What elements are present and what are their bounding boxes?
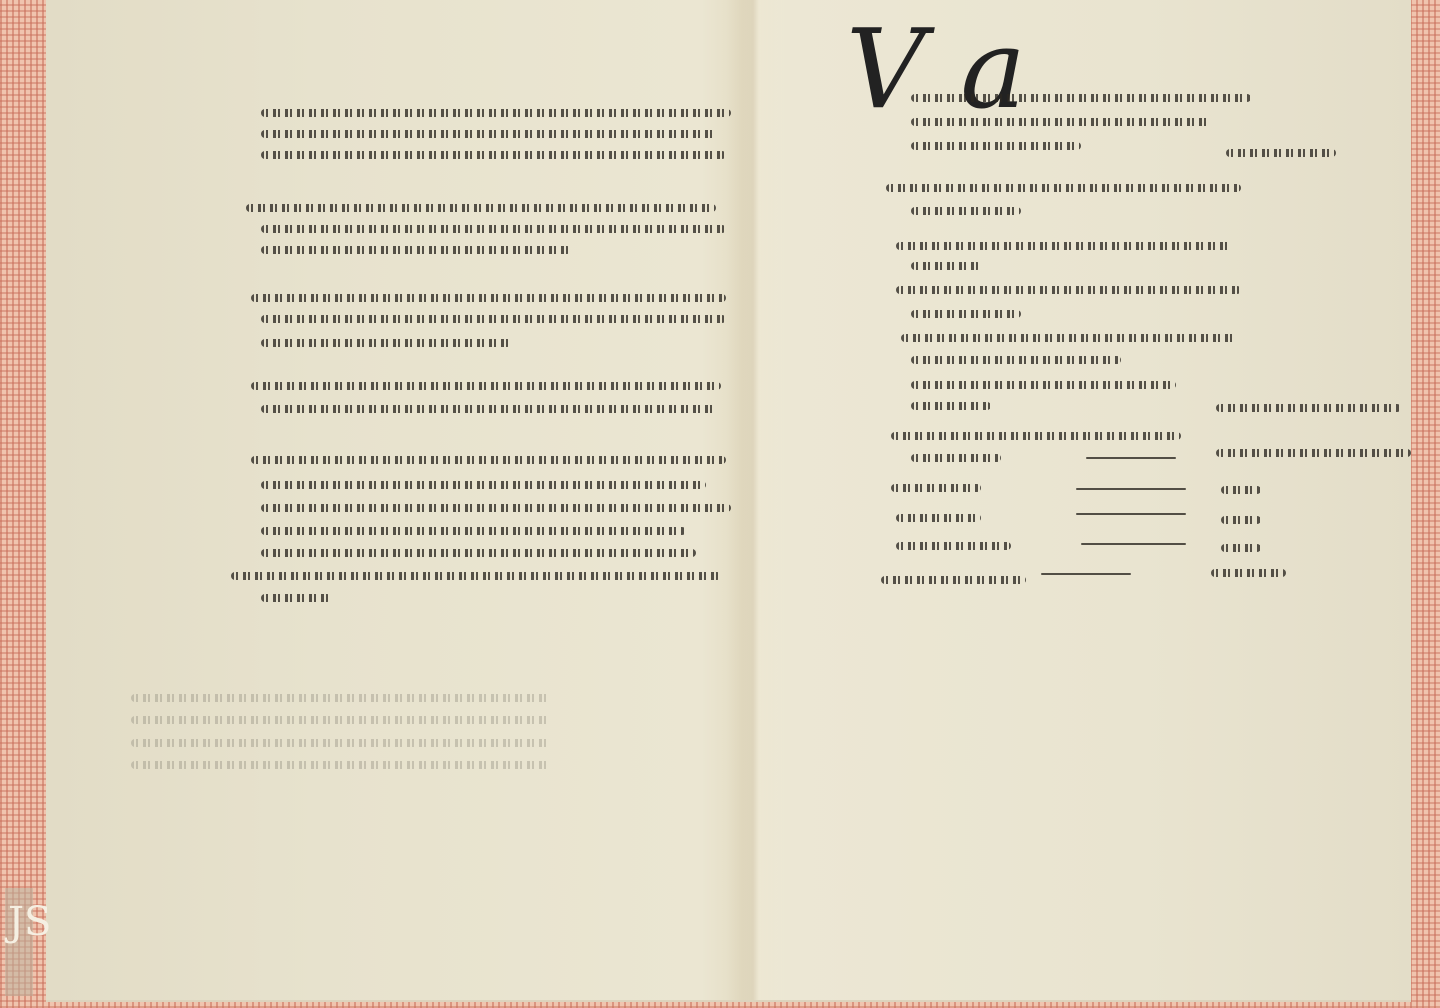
bleed-through-line: (bleed-through text) <box>131 757 551 771</box>
text-line: Fait et ... le ... jour de ... 15.. ... … <box>231 568 721 582</box>
entry-amount: trois <box>1211 565 1286 579</box>
entry-amount: ... soldats ... <box>1216 400 1401 414</box>
leader-line <box>1076 513 1186 515</box>
entry-amount: ... soldats ... <box>1216 445 1411 459</box>
entry-amount: ... l ... <box>1226 145 1336 159</box>
entry-line: Au lieutenant ... de la ... <box>901 330 1236 344</box>
text-line: ... davantage en faisant quelconque pour… <box>261 147 726 161</box>
right-page: V a Au Castellano Olmedo ... par chacun … <box>746 0 1411 1000</box>
bleed-through-line: (bleed-through text) <box>131 690 551 704</box>
leader-line <box>1081 543 1186 545</box>
text-line: ... et ... <box>261 500 731 514</box>
entry-line: Item au ... Italiens <box>911 377 1176 391</box>
entry-line <box>911 306 1021 320</box>
text-line: Entendu que ... davantage ... que ... <box>251 378 721 392</box>
text-line: et deux semblables ... ordinaires <box>261 242 571 256</box>
entry-line <box>911 450 1001 464</box>
text-line: ... seront payez et ... <box>261 401 716 415</box>
entry-line: Au sergent <box>896 510 981 524</box>
text-line: ... est necessaire avec une chandelle pa… <box>261 105 731 119</box>
entry-line <box>911 138 1081 152</box>
entry-line: Au ... par jour <box>896 282 1241 296</box>
entry-line: Au ... pour ... par jour <box>886 180 1241 194</box>
text-line: ... qui le feu cessera ... pour y ... fa… <box>261 126 716 140</box>
entry-line: Au Capitaine ... Italiens ... <box>891 428 1181 442</box>
text-line: ... et ... <box>261 545 696 559</box>
entry-line <box>911 352 1121 366</box>
manuscript-spread: ... est necessaire avec une chandelle pa… <box>46 0 1411 1002</box>
text-line: Nota que moiennant ce (que) ledit ... se… <box>246 200 716 214</box>
watermark-text: JS <box>8 902 51 942</box>
text-line: ... pour ... <box>261 523 686 537</box>
text-line: ... pour ... et ... <box>261 311 726 325</box>
entry-line: Au Castellano Olmedo ... par chacun mois… <box>911 90 1251 104</box>
entry-amount: trois <box>1221 482 1261 496</box>
entry-line: Au lieutenant ... par jour <box>896 238 1231 252</box>
bleed-through-line: (bleed-through text) <box>131 712 551 726</box>
text-line: Et pour faire plus ... Capitaines de Cav… <box>251 452 726 466</box>
left-page: ... est necessaire avec une chandelle pa… <box>46 0 726 1000</box>
entry-line: Au ... <box>891 480 981 494</box>
leader-line <box>1086 457 1176 459</box>
entry-amount: deux <box>1221 512 1261 526</box>
leader-line <box>1076 488 1186 490</box>
bleed-through-line: (bleed-through text) <box>131 735 551 749</box>
text-line: ... soldats ... <box>261 335 511 349</box>
js-watermark-logo: JS <box>5 888 33 996</box>
text-line: Et en oultre quelque ... pour ... <box>251 290 726 304</box>
entry-line <box>911 203 1021 217</box>
entry-line: Au ... <box>896 538 1011 552</box>
leader-line <box>1041 573 1131 575</box>
text-line: Olmedo / <box>261 590 331 604</box>
entry-amount: deux <box>1221 540 1261 554</box>
text-line: et les Capitaines ... Italiens ... <box>261 477 706 491</box>
entry-line: Au ... tambours ... <box>881 572 1026 586</box>
entry-line <box>911 258 981 272</box>
entry-line <box>911 398 991 412</box>
text-line: ... semaine ... pour deux ... et ... <box>261 221 726 235</box>
entry-line <box>911 114 1211 128</box>
section-mark: V a <box>846 14 1026 124</box>
